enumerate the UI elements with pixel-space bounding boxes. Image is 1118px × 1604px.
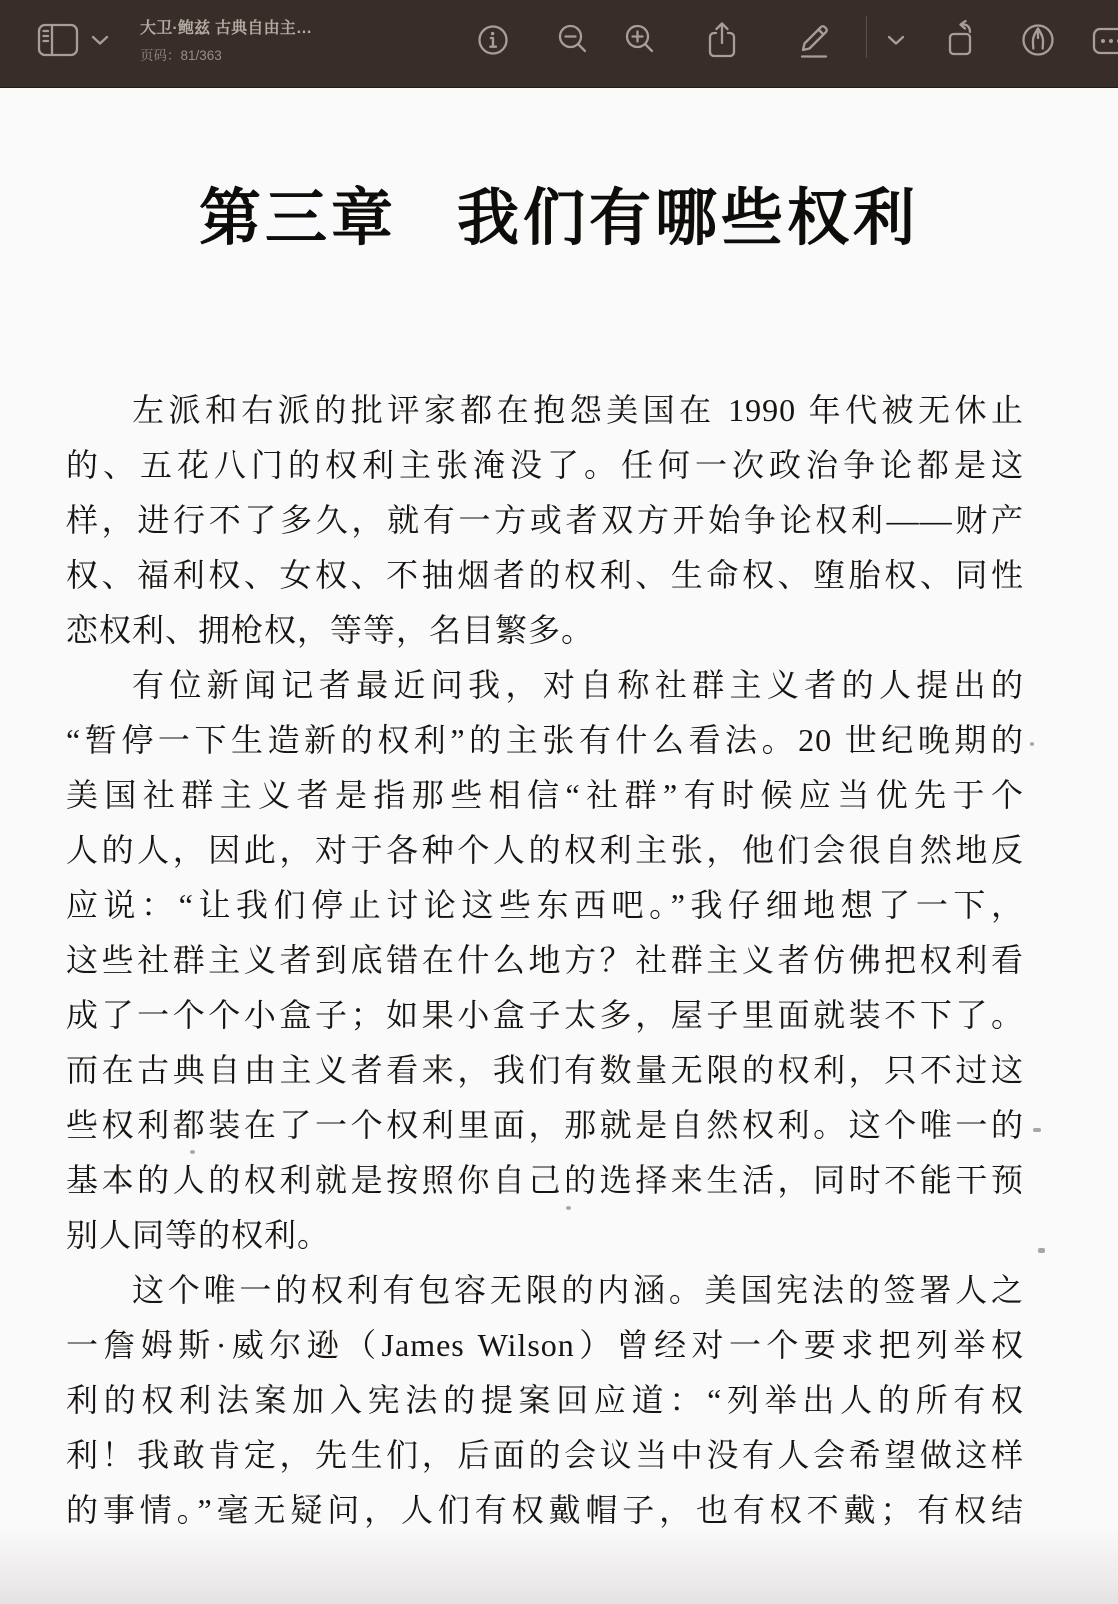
scan-speck: [190, 1150, 195, 1154]
zoom-out-button[interactable]: [551, 18, 595, 62]
more-button[interactable]: [1092, 22, 1118, 60]
document-title: 大卫·鲍兹 古典自由主…: [140, 15, 470, 38]
text-line: 人的人，因此，对于各种个人的权利主张，他们会很自然地反: [66, 823, 1024, 878]
text-line: 利！我敢肯定，先生们，后面的会议当中没有人会希望做这样: [66, 1428, 1024, 1483]
pdf-viewer-toolbar: 大卫·鲍兹 古典自由主… 页码：81/363: [0, 0, 1118, 88]
page-indicator: 页码：81/363: [140, 44, 470, 64]
text-line: 这个唯一的权利有包容无限的内涵。美国宪法的签署人之: [66, 1263, 1024, 1318]
text-line: 成了一个个小盒子；如果小盒子太多，屋子里面就装不下了。: [66, 988, 1024, 1043]
scan-speck: [566, 1206, 571, 1210]
zoom-in-icon: [622, 22, 658, 58]
text-line: “暂停一下生造新的权利”的主张有什么看法。20 世纪晚期的: [66, 713, 1024, 768]
text-line: 基本的人的权利就是按照你自己的选择来生活，同时不能干预: [66, 1153, 1024, 1208]
page-bottom-shadow: [0, 1526, 1118, 1604]
rotate-icon: [944, 20, 982, 60]
zoom-out-icon: [555, 22, 591, 58]
text-line: 有位新闻记者最近问我，对自称社群主义者的人提出的: [66, 658, 1024, 713]
sidebar-menu-button[interactable]: [88, 28, 112, 52]
body-text: 左派和右派的批评家都在抱怨美国在 1990 年代被无休止 的、五花八门的权利主张…: [66, 383, 1024, 1538]
sidebar-icon: [37, 23, 79, 57]
text-line: 一詹姆斯·威尔逊（James Wilson）曾经对一个要求把列举权: [66, 1318, 1024, 1373]
text-line: 利的权利法案加入宪法的提案回应道：“列举出人的所有权: [66, 1373, 1024, 1428]
markup-pencil-icon: [795, 19, 835, 61]
text-line: 样，进行不了多久，就有一方或者双方开始争论权利——财产: [66, 493, 1024, 548]
share-button[interactable]: [700, 16, 744, 64]
chapter-title: 第三章 我们有哪些权利: [0, 88, 1118, 257]
text-line: 恋权利、拥枪权，等等，名目繁多。: [66, 603, 1024, 658]
sidebar-toggle-button[interactable]: [34, 20, 82, 60]
chapter-name: 我们有哪些权利: [457, 168, 919, 257]
chevron-down-icon: [91, 34, 109, 46]
text-line: 这些社群主义者到底错在什么地方？社群主义者仿佛把权利看: [66, 933, 1024, 988]
more-icon: [1092, 24, 1118, 58]
share-icon: [703, 19, 741, 61]
rotate-button[interactable]: [941, 16, 985, 64]
scan-speck: [1033, 1128, 1041, 1132]
document-title-block: 大卫·鲍兹 古典自由主… 页码：81/363: [140, 15, 470, 64]
text-line: 别人同等的权利。: [66, 1208, 1024, 1263]
text-line: 权、福利权、女权、不抽烟者的权利、生命权、堕胎权、同性: [66, 548, 1024, 603]
scan-speck: [1038, 1248, 1045, 1253]
chapter-number: 第三章: [199, 168, 397, 257]
text-line: 应说：“让我们停止讨论这些东西吧。”我仔细地想了一下，: [66, 878, 1024, 933]
fill-sign-button[interactable]: [1016, 18, 1060, 62]
text-line: 美国社群主义者是指那些相信“社群”有时候应当优先于个: [66, 768, 1024, 823]
zoom-in-button[interactable]: [618, 18, 662, 62]
text-line: 的、五花八门的权利主张淹没了。任何一次政治争论都是这: [66, 438, 1024, 493]
scan-speck: [1030, 742, 1034, 746]
markup-button[interactable]: [793, 16, 837, 64]
info-button[interactable]: [471, 18, 515, 62]
info-icon: [475, 22, 511, 58]
markup-menu-button[interactable]: [884, 28, 908, 52]
text-line: 左派和右派的批评家都在抱怨美国在 1990 年代被无休止: [66, 383, 1024, 438]
text-line: 些权利都装在了一个权利里面，那就是自然权利。这个唯一的: [66, 1098, 1024, 1153]
pdf-page[interactable]: 第三章 我们有哪些权利 左派和右派的批评家都在抱怨美国在 1990 年代被无休止…: [0, 88, 1118, 1604]
chevron-down-icon: [887, 34, 905, 46]
pencil-tip-circle-icon: [1019, 21, 1057, 59]
text-line: 而在古典自由主义者看来，我们有数量无限的权利，只不过这: [66, 1043, 1024, 1098]
toolbar-divider: [866, 16, 867, 58]
